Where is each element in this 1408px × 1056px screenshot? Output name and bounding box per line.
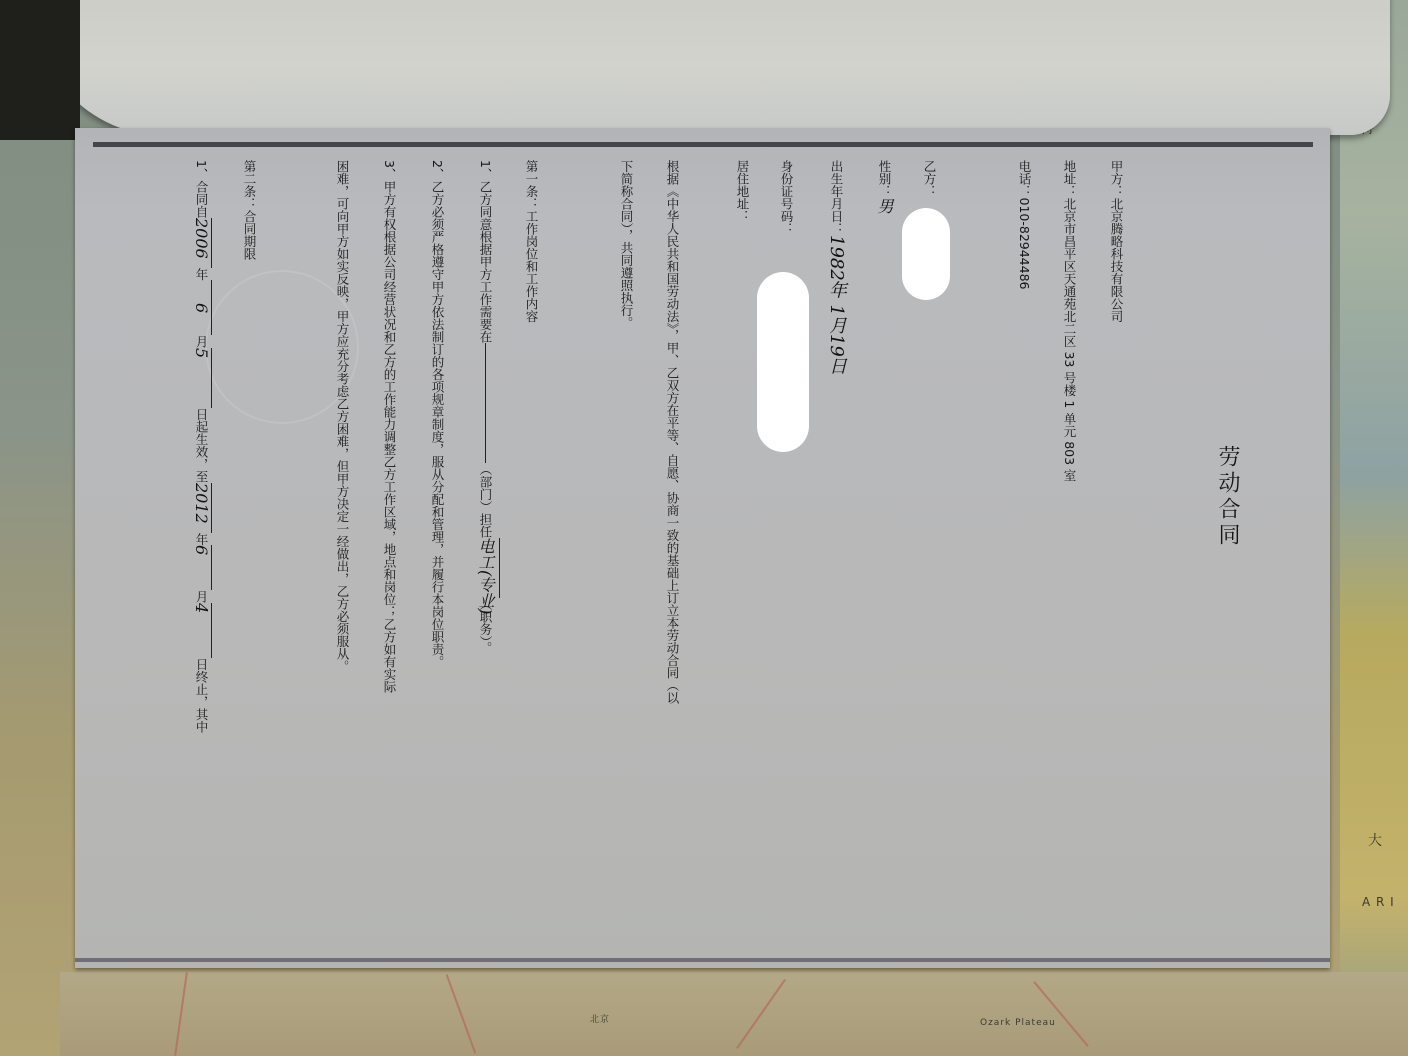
end-year: 2012: [192, 483, 211, 524]
start-year: 2006: [192, 218, 211, 259]
item-1-prefix: 1、乙方同意根据甲方工作需要在: [478, 160, 493, 343]
birth-label: 出生年月日：: [829, 160, 844, 235]
start-suffix: 日起生效，至: [194, 408, 209, 483]
party-a-phone: 010-82944486: [1017, 198, 1032, 290]
page-bottom-edge: [75, 958, 1330, 962]
redacted-name: [902, 208, 950, 300]
party-a-address: 北京市昌平区天通苑北二区 33 号楼 1 单元 803 室: [1062, 198, 1077, 482]
item-1-suffix: （职务）。: [478, 598, 493, 654]
article-1-item-3-line-2: 困难，可向甲方如实反映，甲方应充分考虑乙方困难，但甲方决定一经做出，乙方必须服从…: [333, 160, 351, 673]
party-a-label: 甲方：: [1109, 160, 1124, 198]
year-label: 年: [194, 533, 209, 546]
party-b-line: 乙方：: [920, 160, 938, 198]
map-label: 北京: [590, 1012, 610, 1025]
department-blank[interactable]: [485, 343, 486, 463]
month-label: 月: [194, 590, 209, 603]
map-label: A R I: [1362, 895, 1395, 909]
map-label: 大: [1368, 830, 1383, 850]
birth-line: 出生年月日：1982年 1月19日: [823, 160, 849, 375]
map-bottom: 北京 Ozark Plateau: [60, 972, 1408, 1056]
preamble-line-2: 下简称合同），共同遵照执行。: [617, 160, 635, 329]
party-a-line: 甲方：北京腾略科技有限公司: [1107, 160, 1125, 323]
position-field[interactable]: 电工(专业): [474, 538, 500, 598]
party-a-phone-line: 电话：010-82944486: [1015, 160, 1033, 290]
party-a-address-line: 地址：北京市昌平区天通苑北二区 33 号楼 1 单元 803 室: [1060, 160, 1078, 482]
article-2-item-1: 1、合同自2006年6月5日起生效，至2012年6月4日终止，其中: [192, 160, 212, 733]
article-2-heading: 第二条：合同期限: [240, 160, 258, 260]
year-label: 年: [194, 268, 209, 281]
article-1-heading: 第一条：工作岗位和工作内容: [522, 160, 540, 323]
map-label: Ozark Plateau: [980, 1018, 1056, 1028]
month-label: 月: [194, 335, 209, 348]
redacted-id: [757, 272, 809, 452]
birth-value: 1982年 1月19日: [823, 235, 849, 375]
start-day: 5: [192, 348, 211, 358]
gender-line: 性别：男: [873, 160, 896, 214]
document-title: 劳动合同: [1212, 445, 1243, 549]
contract-page: [75, 128, 1330, 968]
end-day-field[interactable]: 4: [192, 603, 212, 658]
item-1-dept-label: （部门）担任: [478, 463, 493, 538]
shadow: [0, 0, 80, 140]
residence-line: 居住地址：: [733, 160, 751, 223]
party-a-name: 北京腾略科技有限公司: [1109, 198, 1124, 323]
residence-label: 居住地址：: [735, 160, 750, 223]
preamble-line-1: 根据《中华人民共和国劳动法》，甲、乙双方在平等、自愿、协商一致的基础上订立本劳动…: [663, 160, 681, 704]
gender-label: 性别：: [877, 160, 892, 198]
id-label: 身份证号码：: [779, 160, 794, 235]
end-suffix: 日终止，其中: [194, 658, 209, 733]
curled-page: [20, 0, 1390, 135]
end-month-field[interactable]: 6: [192, 545, 212, 590]
start-year-field[interactable]: 2006: [192, 218, 212, 268]
address-label: 地址：: [1062, 160, 1077, 198]
start-day-field[interactable]: 5: [192, 348, 212, 408]
id-line: 身份证号码：: [777, 160, 795, 235]
start-month: 6: [192, 303, 211, 313]
article-1-item-2: 2、乙方必须严格遵守甲方依法制订的各项规章制度，服从分配和管理，并履行本岗位职责…: [428, 160, 446, 668]
page-edge-band: [93, 142, 1313, 147]
article-1-item-1: 1、乙方同意根据甲方工作需要在（部门）担任电工(专业)（职务）。: [474, 160, 500, 654]
end-day: 4: [192, 603, 211, 613]
end-year-field[interactable]: 2012: [192, 483, 212, 533]
phone-label: 电话：: [1017, 160, 1032, 198]
gender-value: 男: [873, 198, 896, 214]
party-b-label: 乙方：: [922, 160, 937, 198]
end-month: 6: [192, 545, 211, 555]
article-1-item-3-line-1: 3、甲方有权根据公司经营状况和乙方的工作能力调整乙方工作区域，地点和岗位；乙方如…: [380, 160, 398, 693]
start-month-field[interactable]: 6: [192, 280, 212, 335]
term-prefix: 1、合同自: [194, 160, 209, 218]
